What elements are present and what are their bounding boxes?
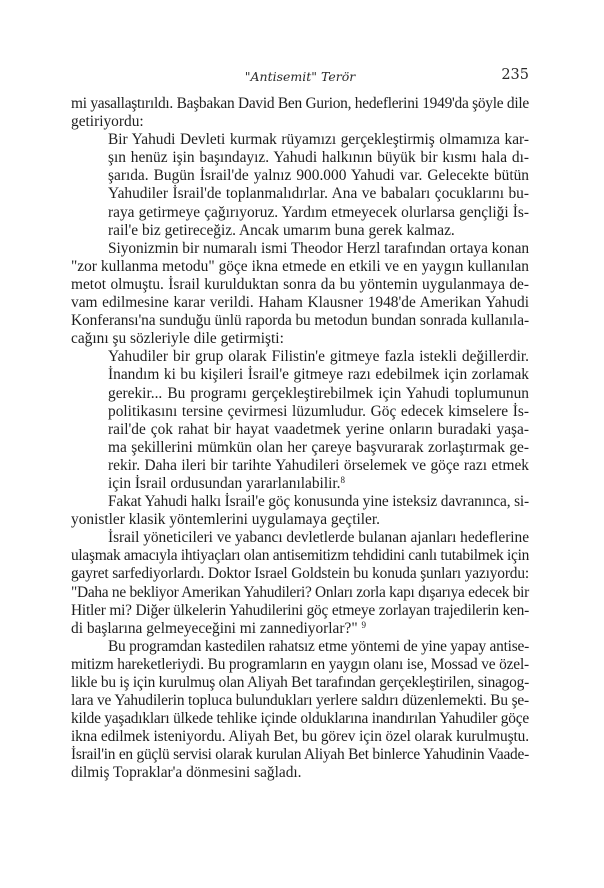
paragraph: İsrail yöneticileri ve yabancı devletler…: [71, 529, 529, 638]
text-line: gayret sarfediyorlardı. Doktor Israel Go…: [71, 565, 529, 583]
text-line: gerekir... Bu programı gerçekleştirebilm…: [108, 385, 529, 403]
text-line: politikasını tersine çevirmesi lüzumludu…: [108, 403, 529, 421]
text-line: rekir. Daha ileri bir tarihte Yahudileri…: [108, 457, 529, 475]
text-line: vam edilmesine karar verildi. Haham Klau…: [71, 294, 529, 312]
text-line: "Daha ne bekliyor Amerikan Yahudileri? O…: [71, 584, 529, 602]
paragraph: Fakat Yahudi halkı İsrail'e göç konusund…: [71, 493, 529, 529]
text-line: şın henüz işin başındayız. Yahudi halkın…: [108, 149, 529, 167]
page-body: mi yasallaştırıldı. Başbakan David Ben G…: [71, 95, 529, 783]
text-line: Yahudiler bir grup olarak Filistin'e git…: [108, 348, 529, 366]
text-line: Hitler mi? Diğer ülkelerin Yahudilerini …: [71, 602, 529, 620]
text-line: İsrail'in en güçlü servisi olarak kurula…: [71, 746, 529, 764]
text-line: ma şekillerini mümkün olan her çareye ba…: [108, 439, 529, 457]
text-line: rail'e biz getireceğiz. Ancak umarım bun…: [108, 222, 529, 240]
text-line: şarıda. Bugün İsrail'de yalnız 900.000 Y…: [108, 167, 529, 185]
text-line: ulaşmak amacıyla ihtiyaçları olan antise…: [71, 547, 529, 565]
running-title: "Antisemit" Terör: [71, 69, 529, 84]
text-line: getiriyordu:: [71, 113, 529, 131]
text-line: mitizm hareketleriydi. Bu programların e…: [71, 656, 529, 674]
text-line: likle bu iş için kurulmuş olan Aliyah Be…: [71, 674, 529, 692]
paragraph: Siyonizmin bir numaralı ismi Theodor Her…: [71, 240, 529, 349]
footnote-ref[interactable]: 8: [341, 475, 346, 485]
text-span: için İsrail ordusundan yararlanılabilir.: [108, 475, 341, 492]
book-page: "Antisemit" Terör 235 mi yasallaştırıldı…: [0, 0, 604, 888]
text-line: yonistler klasik yöntemlerini uygulamaya…: [71, 511, 529, 529]
text-line: cağını şu sözleriyle dile getirmişti:: [71, 330, 529, 348]
text-line: Fakat Yahudi halkı İsrail'e göç konusund…: [71, 493, 529, 511]
text-line: mi yasallaştırıldı. Başbakan David Ben G…: [71, 95, 529, 113]
text-line: Siyonizmin bir numaralı ismi Theodor Her…: [71, 240, 529, 258]
page-header: "Antisemit" Terör 235: [71, 67, 529, 87]
text-line: dilmiş Topraklar'a dönmesini sağladı.: [71, 764, 529, 782]
text-line: metot olmuştu. İsrail kurulduktan sonra …: [71, 276, 529, 294]
text-line: kilde yaşadıkları ülkede tehlike içinde …: [71, 710, 529, 728]
text-line: rail'de çok rahat bir hayat vaadetmek ye…: [108, 421, 529, 439]
text-line: lara ve Yahudilerin topluca bulundukları…: [71, 692, 529, 710]
text-line: Yahudiler İsrail'de toplanmalıdırlar. An…: [108, 185, 529, 203]
text-line: İsrail yöneticileri ve yabancı devletler…: [71, 529, 529, 547]
block-quote: Yahudiler bir grup olarak Filistin'e git…: [108, 348, 529, 493]
text-line: Konferansı'na sunduğu ünlü raporda bu me…: [71, 312, 529, 330]
text-line: Bir Yahudi Devleti kurmak rüyamızı gerçe…: [108, 131, 529, 149]
paragraph: mi yasallaştırıldı. Başbakan David Ben G…: [71, 95, 529, 131]
paragraph: Bu programdan kastedilen rahatsız etme y…: [71, 638, 529, 783]
text-line: için İsrail ordusundan yararlanılabilir.…: [108, 475, 529, 493]
text-line: "zor kullanma metodu" göçe ikna etmede e…: [71, 258, 529, 276]
block-quote: Bir Yahudi Devleti kurmak rüyamızı gerçe…: [108, 131, 529, 240]
text-line: raya getirmeye çağırıyoruz. Yardım etmey…: [108, 204, 529, 222]
text-span: di başlarına gelmeyeceğini mi zannediyor…: [71, 620, 361, 637]
page-number: 235: [501, 67, 529, 83]
text-line: İnandım ki bu kişileri İsrail'e gitmeye …: [108, 366, 529, 384]
text-line: Bu programdan kastedilen rahatsız etme y…: [71, 638, 529, 656]
text-line: di başlarına gelmeyeceğini mi zannediyor…: [71, 620, 529, 638]
footnote-ref[interactable]: 9: [361, 620, 366, 630]
text-line: ikna edilmek isteniyordu. Aliyah Bet, bu…: [71, 728, 529, 746]
